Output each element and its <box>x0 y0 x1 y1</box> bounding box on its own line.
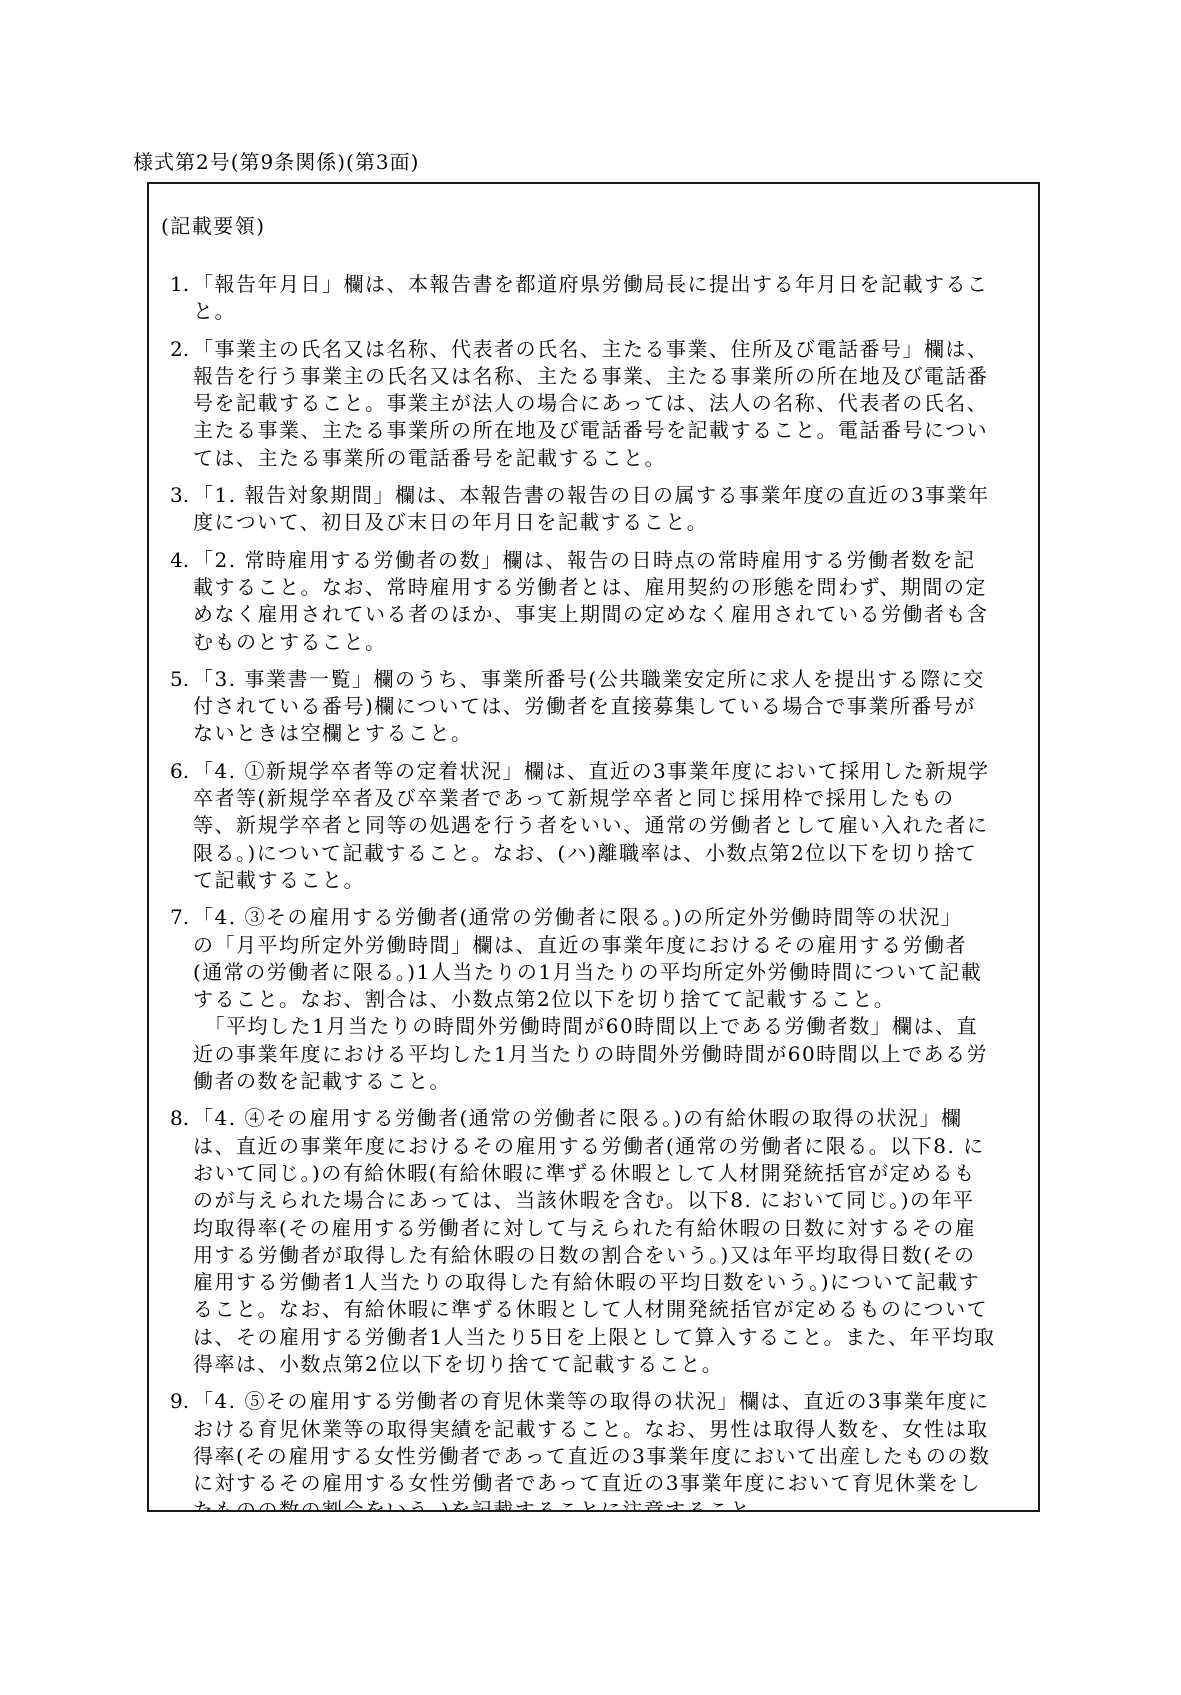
item-text: 「4. ⑤その雇用する労働者の育児休業等の取得の状況」欄は、直近の3事業年度に … <box>193 1388 1033 1512</box>
instruction-item: 5. 「3. 事業書一覧」欄のうち、事業所番号(公共職業安定所に求人を提出する際… <box>170 666 1038 748</box>
item-number: 2. <box>170 336 193 363</box>
item-text: 「4. ①新規学卒者等の定着状況」欄は、直近の3事業年度において採用した新規学 … <box>193 758 1033 894</box>
instruction-item: 2. 「事業主の氏名又は名称、代表者の氏名、主たる事業、住所及び電話番号」欄は、… <box>170 336 1038 472</box>
item-text: 「1. 報告対象期間」欄は、本報告書の報告の日の属する事業年度の直近の3事業年 … <box>193 482 1033 537</box>
instruction-item: 7. 「4. ③その雇用する労働者(通常の労働者に限る。)の所定外労働時間等の状… <box>170 904 1038 1095</box>
item-text: 「3. 事業書一覧」欄のうち、事業所番号(公共職業安定所に求人を提出する際に交 … <box>193 666 1033 748</box>
item-number: 1. <box>170 271 193 298</box>
instruction-item: 4. 「2. 常時雇用する労働者の数」欄は、報告の日時点の常時雇用する労働者数を… <box>170 547 1038 656</box>
instruction-item: 6. 「4. ①新規学卒者等の定着状況」欄は、直近の3事業年度において採用した新… <box>170 758 1038 894</box>
item-number: 4. <box>170 547 193 574</box>
instruction-item: 8. 「4. ④その雇用する労働者(通常の労働者に限る。)の有給休暇の取得の状況… <box>170 1105 1038 1378</box>
item-number: 5. <box>170 666 193 693</box>
instructions-box: (記載要領) 1. 「報告年月日」欄は、本報告書を都道府県労働局長に提出する年月… <box>147 182 1040 1512</box>
form-number-label: 様式第2号(第9条関係)(第3面) <box>133 146 419 175</box>
box-heading: (記載要領) <box>161 210 1038 239</box>
document-page: 様式第2号(第9条関係)(第3面) (記載要領) 1. 「報告年月日」欄は、本報… <box>0 0 1181 1695</box>
instruction-item: 3. 「1. 報告対象期間」欄は、本報告書の報告の日の属する事業年度の直近の3事… <box>170 482 1038 537</box>
item-text: 「報告年月日」欄は、本報告書を都道府県労働局長に提出する年月日を記載するこ と。 <box>193 271 1033 326</box>
instruction-item: 1. 「報告年月日」欄は、本報告書を都道府県労働局長に提出する年月日を記載するこ… <box>170 271 1038 326</box>
item-number: 7. <box>170 904 193 931</box>
item-text: 「4. ④その雇用する労働者(通常の労働者に限る。)の有給休暇の取得の状況」欄 … <box>193 1105 1033 1378</box>
item-text: 「4. ③その雇用する労働者(通常の労働者に限る。)の所定外労働時間等の状況」 … <box>193 904 1033 1095</box>
item-number: 8. <box>170 1105 193 1132</box>
instruction-list: 1. 「報告年月日」欄は、本報告書を都道府県労働局長に提出する年月日を記載するこ… <box>149 271 1038 1512</box>
item-number: 3. <box>170 482 193 509</box>
item-number: 9. <box>170 1388 193 1415</box>
item-text: 「2. 常時雇用する労働者の数」欄は、報告の日時点の常時雇用する労働者数を記 載… <box>193 547 1033 656</box>
item-text: 「事業主の氏名又は名称、代表者の氏名、主たる事業、住所及び電話番号」欄は、 報告… <box>193 336 1033 472</box>
instruction-item: 9. 「4. ⑤その雇用する労働者の育児休業等の取得の状況」欄は、直近の3事業年… <box>170 1388 1038 1512</box>
item-number: 6. <box>170 758 193 785</box>
